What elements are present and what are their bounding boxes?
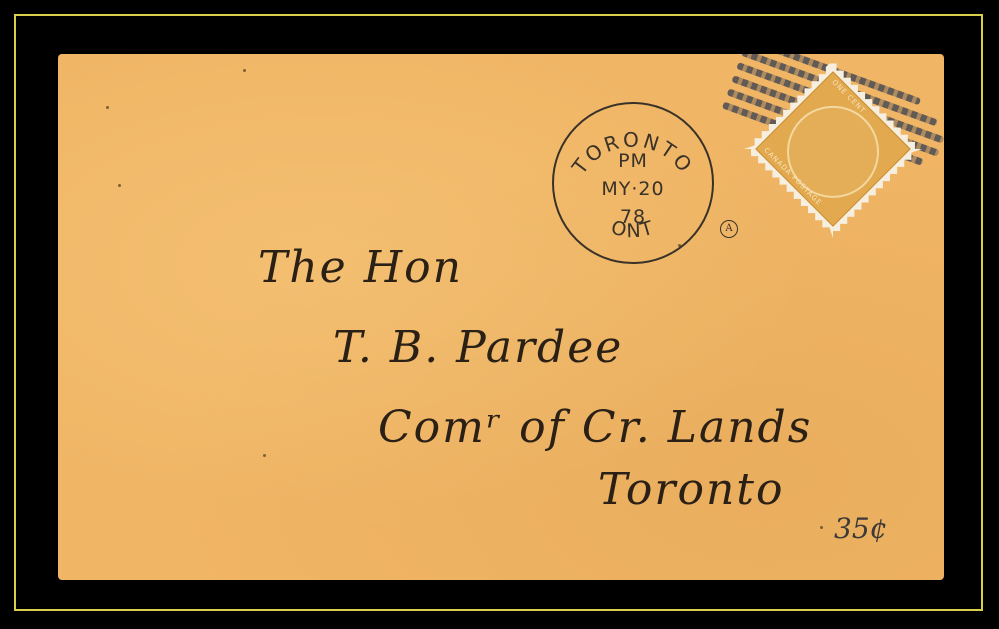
address-line-2: T. B. Pardee (333, 322, 623, 373)
postmark-date: MY·20 (554, 178, 712, 200)
address-line-1: The Hon (258, 242, 463, 293)
address-line-3: Comʳ of Cr. Lands (378, 402, 812, 453)
postmark-time: PM (554, 150, 712, 172)
envelope: ONE CENT CANADA POSTAGE TORONTO ONT PM M… (58, 54, 944, 580)
address-line-4: Toronto (598, 464, 784, 515)
pencil-price-note: 35¢ (834, 512, 887, 545)
circled-marking: A (720, 220, 738, 238)
postmark: TORONTO ONT PM MY·20 78 (552, 102, 714, 264)
postmark-year: 78 (554, 206, 712, 228)
